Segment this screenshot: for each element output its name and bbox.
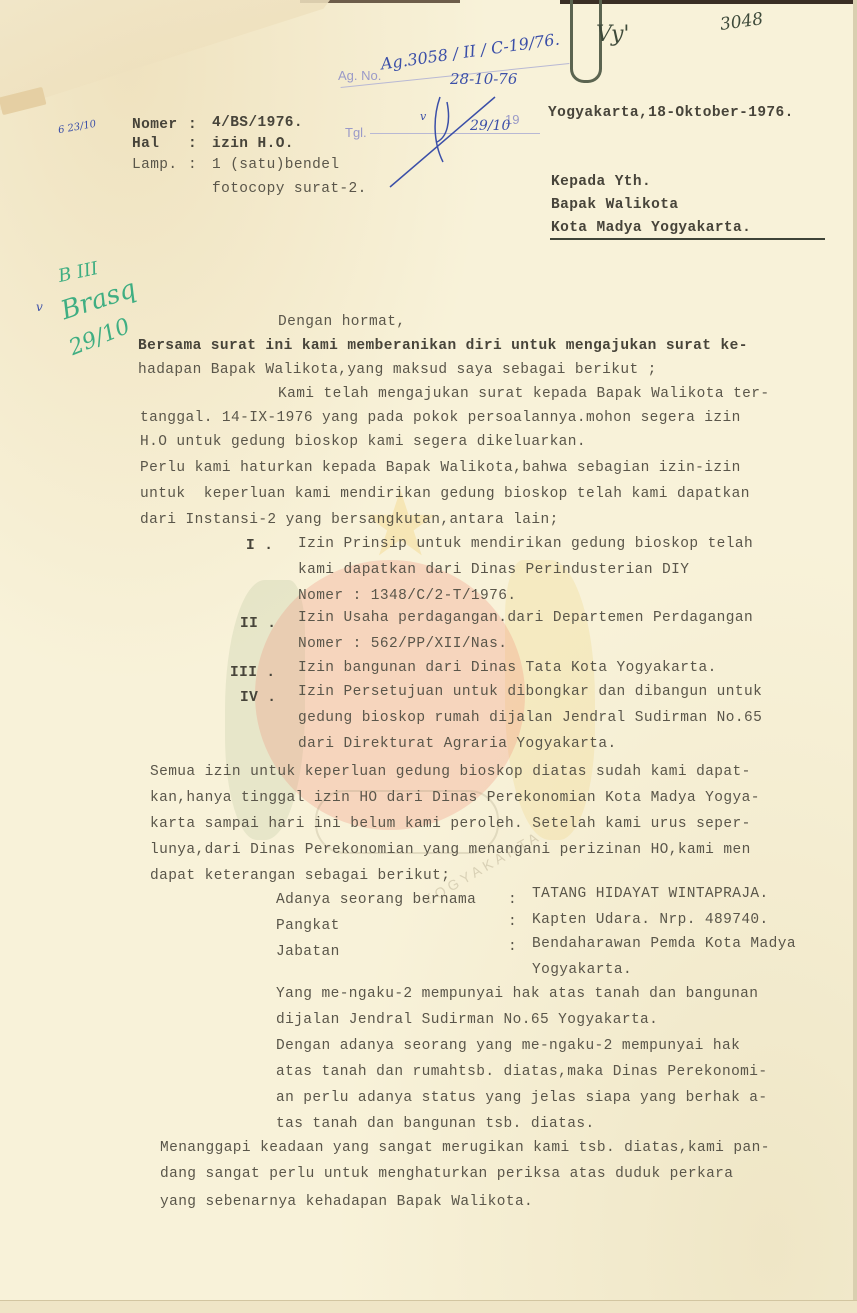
archive-number: 3048 bbox=[719, 9, 765, 35]
permit-line: Nomer : 1348/C/2-T/1976. bbox=[298, 588, 516, 604]
body-line: H.O untuk gedung bioskop kami segera dik… bbox=[140, 434, 586, 450]
person-position-value: Bendaharawan Pemda Kota Madya bbox=[532, 936, 796, 952]
place-date: Yogyakarta,18-Oktober-1976. bbox=[548, 105, 794, 121]
separator: : bbox=[188, 117, 197, 133]
separator: : bbox=[188, 136, 197, 152]
hal-value: izin H.O. bbox=[212, 136, 294, 152]
green-note-top: B III bbox=[56, 258, 100, 287]
tgl-stamp-label: Tgl. bbox=[345, 125, 367, 140]
separator: : bbox=[508, 892, 517, 908]
body-line: hadapan Bapak Walikota,yang maksud saya … bbox=[138, 362, 657, 378]
agenda-date: 28-10-76 bbox=[450, 70, 517, 88]
permit-number: IV . bbox=[240, 690, 276, 706]
permit-line: Izin Usaha perdagangan.dari Departemen P… bbox=[298, 610, 753, 626]
recipient-underline bbox=[550, 238, 825, 240]
body-line: Perlu kami haturkan kepada Bapak Walikot… bbox=[140, 460, 741, 476]
body-line: Dengan adanya seorang yang me-ngaku-2 me… bbox=[276, 1038, 740, 1054]
permit-number: III . bbox=[230, 665, 276, 681]
lamp-value-line2: fotocopy surat-2. bbox=[212, 181, 367, 197]
body-line: dijalan Jendral Sudirman No.65 Yogyakart… bbox=[276, 1012, 658, 1028]
initial-mark: Vy' bbox=[596, 22, 629, 47]
agenda-stamp-label: Ag. No. bbox=[338, 68, 381, 83]
permit-line: Izin bangunan dari Dinas Tata Kota Yogya… bbox=[298, 660, 717, 676]
body-line: an perlu adanya status yang jelas siapa … bbox=[276, 1090, 767, 1106]
person-name-label: Adanya seorang bernama bbox=[276, 892, 476, 908]
body-line: kan,hanya tinggal izin HO dari Dinas Per… bbox=[150, 790, 760, 806]
permit-line: dari Direkturat Agraria Yogyakarta. bbox=[298, 736, 617, 752]
permit-line: gedung bioskop rumah dijalan Jendral Sud… bbox=[298, 710, 762, 726]
body-line: Bersama surat ini kami memberanikan diri… bbox=[138, 338, 748, 354]
body-line: Semua izin untuk keperluan gedung biosko… bbox=[150, 764, 751, 780]
lamp-label: Lamp. bbox=[132, 157, 178, 173]
document-page: ★ YOGYAKARTA 3048 Vy' Ag.3058 / II / C-1… bbox=[0, 0, 857, 1313]
body-line: dari Instansi-2 yang bersangkutan,antara… bbox=[140, 512, 559, 528]
body-line: tanggal. 14-IX-1976 yang pada pokok pers… bbox=[140, 410, 741, 426]
permit-line: kami dapatkan dari Dinas Perindusterian … bbox=[298, 562, 689, 578]
page-bottom-edge bbox=[0, 1300, 857, 1313]
blue-signature-icon bbox=[385, 92, 505, 192]
person-position-value: Yogyakarta. bbox=[532, 962, 632, 978]
permit-number: II . bbox=[240, 616, 276, 632]
body-line: Menanggapi keadaan yang sangat merugikan… bbox=[160, 1140, 770, 1156]
permit-line: Izin Persetujuan untuk dibongkar dan dib… bbox=[298, 684, 762, 700]
nomer-value: 4/BS/1976. bbox=[212, 115, 303, 131]
person-position-label: Jabatan bbox=[276, 944, 340, 960]
body-line: dang sangat perlu untuk menghaturkan per… bbox=[160, 1166, 733, 1182]
lamp-value-line1: 1 (satu)bendel bbox=[212, 157, 339, 173]
separator: : bbox=[508, 914, 517, 930]
hal-label: Hal bbox=[132, 136, 159, 152]
person-rank-label: Pangkat bbox=[276, 918, 340, 934]
person-rank-value: Kapten Udara. Nrp. 489740. bbox=[532, 912, 769, 928]
separator: : bbox=[188, 157, 197, 173]
body-line: Kami telah mengajukan surat kepada Bapak… bbox=[278, 386, 769, 402]
page-edge bbox=[853, 0, 857, 1313]
attached-paper-flap bbox=[0, 0, 330, 110]
body-line: yang sebenarnya kehadapan Bapak Walikota… bbox=[160, 1194, 533, 1210]
nomer-label: Nomer bbox=[132, 117, 178, 133]
body-line: Yang me-ngaku-2 mempunyai hak atas tanah… bbox=[276, 986, 758, 1002]
permit-line: Nomer : 562/PP/XII/Nas. bbox=[298, 636, 507, 652]
body-line: atas tanah dan rumahtsb. diatas,maka Din… bbox=[276, 1064, 767, 1080]
folder-edge bbox=[560, 0, 857, 4]
body-line: tas tanah dan bangunan tsb. diatas. bbox=[276, 1116, 595, 1132]
body-line: dapat keterangan sebagai berikut; bbox=[150, 868, 450, 884]
body-line: lunya,dari Dinas Perekonomian yang menan… bbox=[150, 842, 751, 858]
check-mark: v bbox=[36, 300, 43, 314]
margin-note-small: 6 23/10 bbox=[57, 119, 97, 136]
permit-number: I . bbox=[246, 538, 273, 554]
recipient-line: Kota Madya Yogyakarta. bbox=[551, 220, 751, 236]
recipient-line: Bapak Walikota bbox=[551, 197, 678, 213]
permit-line: Izin Prinsip untuk mendirikan gedung bio… bbox=[298, 536, 753, 552]
salutation: Dengan hormat, bbox=[278, 314, 405, 330]
body-line: untuk keperluan kami mendirikan gedung b… bbox=[140, 486, 750, 502]
person-name-value: TATANG HIDAYAT WINTAPRAJA. bbox=[532, 886, 769, 902]
body-line: karta sampai hari ini belum kami peroleh… bbox=[150, 816, 751, 832]
recipient-line: Kepada Yth. bbox=[551, 174, 651, 190]
separator: : bbox=[508, 939, 517, 955]
